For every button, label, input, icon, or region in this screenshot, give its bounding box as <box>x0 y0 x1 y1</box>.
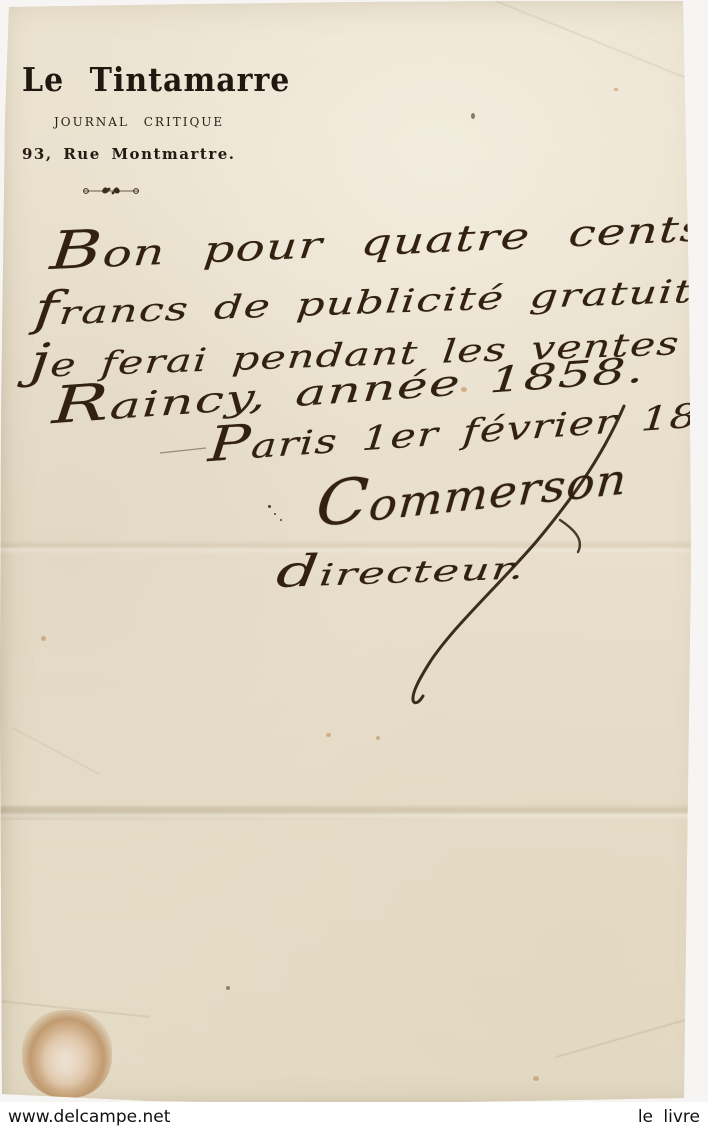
letterhead-address: 93, Rue Montmartre. <box>22 145 236 163</box>
foxing-spot <box>326 733 331 737</box>
signature-role: directeur. <box>274 541 528 598</box>
ink-speck <box>280 519 282 521</box>
fold-crease-lower-shade <box>0 806 708 820</box>
watermark-bar: www.delcampe.net le livre <box>0 1102 708 1132</box>
watermark-site-text: www.delcampe.net <box>8 1107 170 1127</box>
foxing-spot <box>41 636 46 641</box>
foxing-spot <box>471 113 475 119</box>
foxing-spot <box>614 88 618 91</box>
watermark-category-text: le livre <box>638 1107 700 1127</box>
foxing-spot <box>533 1076 539 1081</box>
ink-speck <box>268 505 271 508</box>
letterhead-title: Le Tintamarre <box>22 62 290 100</box>
fold-crease-lower <box>0 804 708 820</box>
ornament-icon <box>82 184 140 198</box>
diagonal-crease-bottom-right <box>555 1004 708 1058</box>
stain-core <box>40 1034 90 1090</box>
scanned-letter-scene: Le Tintamarre JOURNAL CRITIQUE 93, Rue M… <box>0 0 708 1132</box>
diagonal-crease-mid-left <box>11 727 100 776</box>
foxing-spot <box>226 986 230 990</box>
diagonal-crease-top-right <box>451 0 708 96</box>
foxing-spot <box>376 736 380 740</box>
letterhead-subtitle: JOURNAL CRITIQUE <box>54 115 224 129</box>
letter-paper: Le Tintamarre JOURNAL CRITIQUE 93, Rue M… <box>0 0 708 1110</box>
ink-speck <box>274 513 276 515</box>
